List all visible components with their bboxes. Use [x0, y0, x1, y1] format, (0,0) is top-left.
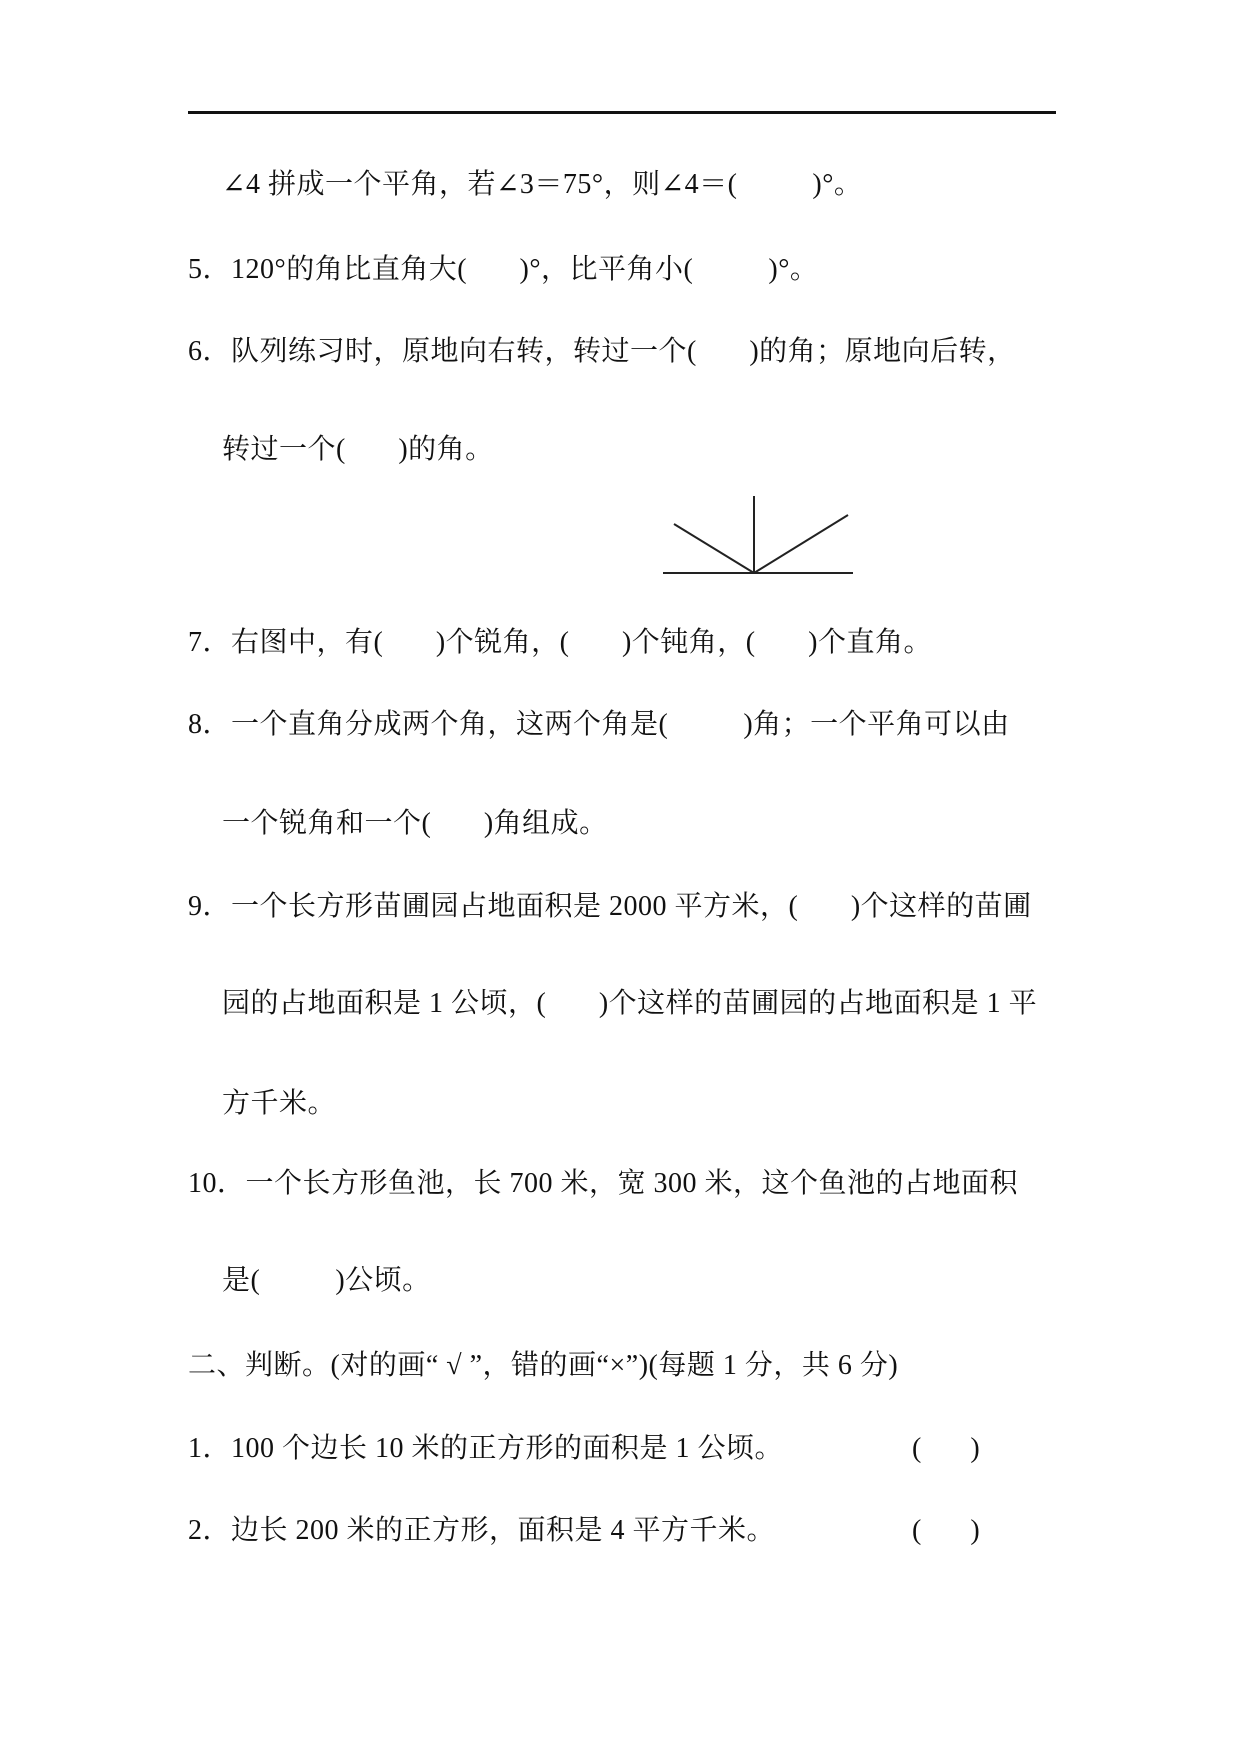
question-9-continuation-1: 园的占地面积是 1 公顷，( )个这样的苗圃园的占地面积是 1 平 — [222, 987, 1037, 1021]
judgement-1: 1．100 个边长 10 米的正方形的面积是 1 公顷。 — [188, 1432, 783, 1466]
figure-left-ray — [674, 524, 754, 573]
angle-figure — [660, 490, 860, 580]
header-rule — [188, 111, 1056, 114]
question-7: 7．右图中，有( )个锐角，( )个钝角，( )个直角。 — [188, 626, 932, 660]
question-6: 6．队列练习时，原地向右转，转过一个( )的角；原地向后转， — [188, 335, 1016, 369]
judgement-2: 2．边长 200 米的正方形，面积是 4 平方千米。 — [188, 1514, 775, 1548]
judgement-1-answer-blank[interactable]: ( ) — [912, 1432, 980, 1466]
question-9-continuation-2: 方千米。 — [222, 1087, 336, 1121]
question-5: 5．120°的角比直角大( )°，比平角小( )°。 — [188, 253, 818, 287]
question-9: 9．一个长方形苗圃园占地面积是 2000 平方米，( )个这样的苗圃 — [188, 890, 1032, 924]
question-10: 10．一个长方形鱼池，长 700 米，宽 300 米，这个鱼池的占地面积 — [188, 1167, 1018, 1201]
judgement-2-answer-blank[interactable]: ( ) — [912, 1514, 980, 1548]
question-6-continuation: 转过一个( )的角。 — [222, 433, 494, 467]
question-8-continuation: 一个锐角和一个( )角组成。 — [222, 807, 608, 841]
figure-right-ray — [754, 515, 848, 573]
section-2-heading: 二、判断。(对的画“ √ ”，错的画“×”)(每题 1 分，共 6 分) — [188, 1349, 898, 1383]
q4-continuation: ∠4 拼成一个平角，若∠3＝75°，则∠4＝( )°。 — [222, 168, 862, 202]
question-8: 8．一个直角分成两个角，这两个角是( )角；一个平角可以由 — [188, 708, 1010, 742]
question-10-continuation: 是( )公顷。 — [222, 1264, 431, 1298]
